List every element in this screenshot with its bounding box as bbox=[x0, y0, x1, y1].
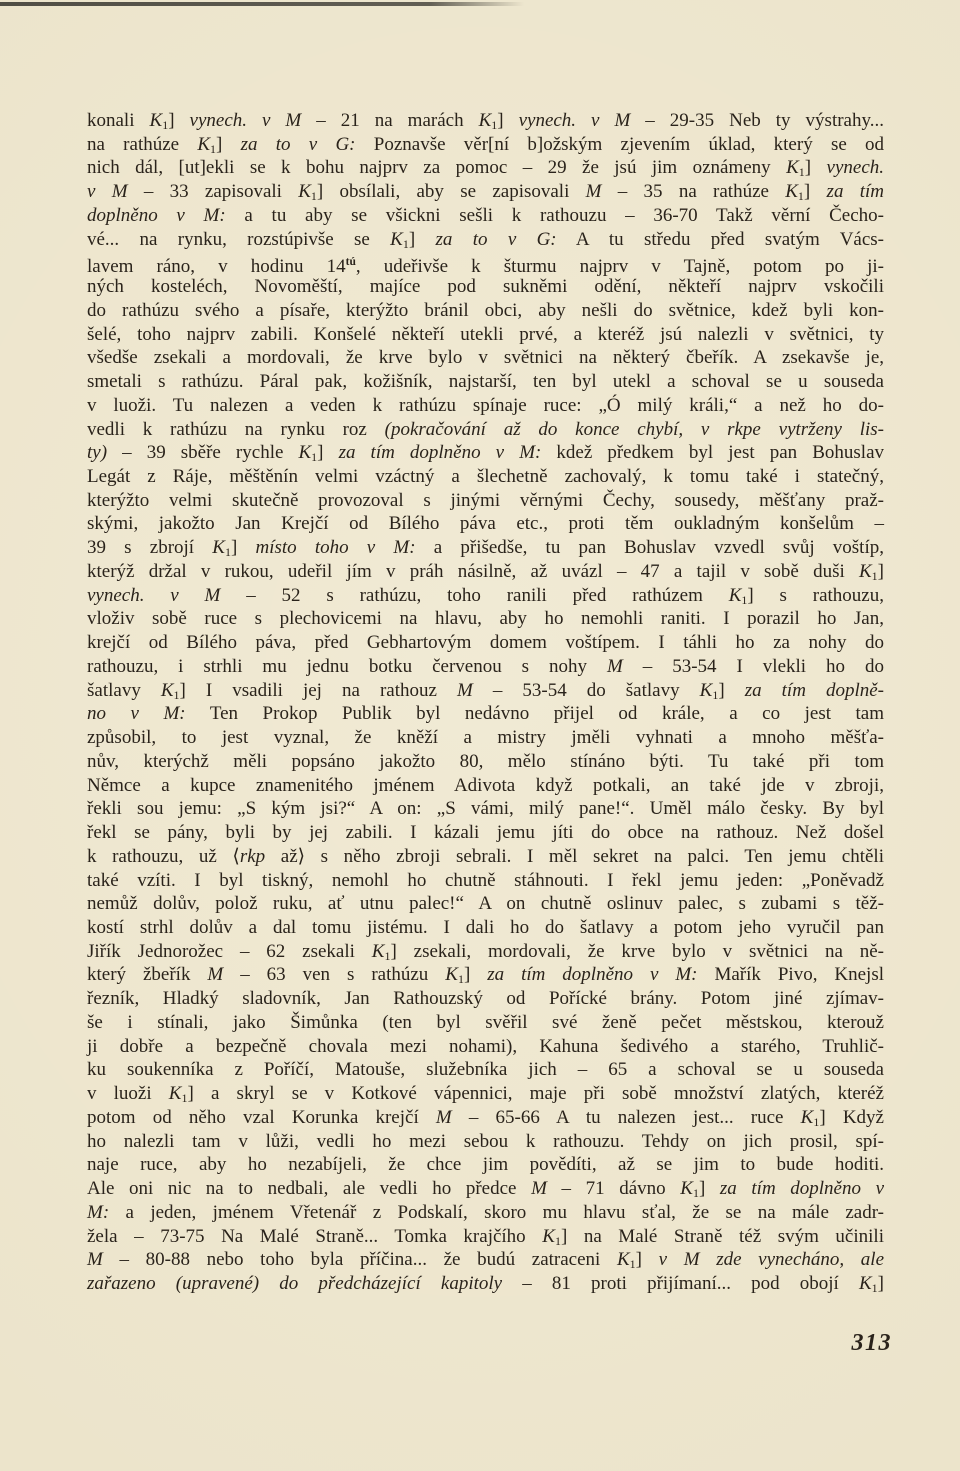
italic-segment: K bbox=[786, 157, 799, 178]
text-segment: ných kosteléch, Novoměští, majíce pod su… bbox=[87, 276, 884, 297]
italic-segment: v M zde vynecháno, ale bbox=[659, 1249, 884, 1270]
text-segment: naje ruce, aby ho nezabíjeli, že chce ji… bbox=[87, 1154, 884, 1175]
text-line: Legát z Ráje, měštěnín velmi vzáctný a š… bbox=[87, 465, 884, 489]
italic-segment: za to v G: bbox=[436, 229, 557, 250]
italic-segment: K bbox=[161, 680, 174, 701]
text-segment: ] na Malé Straně též svým učinili bbox=[561, 1226, 884, 1247]
text-line: M – 80-88 nebo toho byla příčina... že b… bbox=[87, 1248, 884, 1272]
text-segment: kterýž držal v rukou, udeřil jím v práh … bbox=[87, 561, 859, 582]
text-segment: ] bbox=[464, 964, 487, 985]
text-segment: 39 s zbrojí bbox=[87, 537, 212, 558]
text-line: řekli sou jemu: „S kým jsi?“ A on: „S vá… bbox=[87, 797, 884, 821]
italic-segment: za tím doplněno v M: bbox=[487, 964, 697, 985]
text-segment: ] bbox=[409, 229, 436, 250]
text-line: vynech. v M – 52 s rathúzu, toho ranili … bbox=[87, 584, 884, 608]
text-segment: ] bbox=[168, 110, 189, 131]
text-line: ných kosteléch, Novoměští, majíce pod su… bbox=[87, 275, 884, 299]
text-line: konali K1] vynech. v M – 21 na marách K1… bbox=[87, 109, 884, 133]
text-line: M: a jeden, jménem Vřetenář z Podskalí, … bbox=[87, 1201, 884, 1225]
text-segment: ] a skryl se v Kotkové vápennici, maje p… bbox=[187, 1083, 884, 1104]
text-segment: řekl se pány, byli by jej zabili. I káza… bbox=[87, 822, 884, 843]
text-line: na rathúze K1] za to v G: Poznavše věr[n… bbox=[87, 133, 884, 157]
text-line: Němce a kupce znamenitého jménem Adivota… bbox=[87, 774, 884, 798]
text-segment: v luoži bbox=[87, 1083, 169, 1104]
text-segment: do rathúzu svého a písaře, kterýžto brán… bbox=[87, 300, 884, 321]
text-segment: kterýžto velmi skutečně provozoval s jin… bbox=[87, 490, 884, 511]
text-segment: Poznavše věr[ní b]ožským zjevením úklad,… bbox=[356, 134, 885, 155]
text-line: který žbeřík M – 63 ven s rathúzu K1] za… bbox=[87, 963, 884, 987]
text-line: skými, jakožto Jan Krejčí od Bílého páva… bbox=[87, 512, 884, 536]
italic-segment: v M bbox=[87, 181, 128, 202]
text-line: do rathúzu svého a písaře, kterýžto brán… bbox=[87, 299, 884, 323]
text-segment: nův, kterýchž měli popsáno jakožto 80, m… bbox=[87, 751, 884, 772]
text-segment: a tu aby se všickni sešli k rathouzu – 3… bbox=[226, 205, 884, 226]
text-segment: vedli k rathúzu na rynku roz bbox=[87, 419, 385, 440]
text-line: také vzíti. I byl tiskný, nemohl ho chut… bbox=[87, 869, 884, 893]
text-line: no v M: Ten Prokop Publik byl nedávno př… bbox=[87, 702, 884, 726]
text-segment: A tu středu před svatým Vács- bbox=[557, 229, 884, 250]
italic-segment: K bbox=[542, 1226, 555, 1247]
italic-segment: K bbox=[298, 181, 311, 202]
text-segment: potom od něho vzal Korunka krejčí bbox=[87, 1107, 436, 1128]
text-segment: še i stínali, jako Šimůnka (ten byl svěř… bbox=[87, 1012, 884, 1033]
text-segment: ] Když bbox=[819, 1107, 884, 1128]
text-segment: ] bbox=[878, 1273, 884, 1294]
text-segment: – 39 sběře rychle bbox=[107, 442, 298, 463]
text-segment: kdež předkem byl jest pan Bohuslav bbox=[541, 442, 884, 463]
text-line: smetali s rathúzu. Páral pak, kožišník, … bbox=[87, 370, 884, 394]
italic-segment: doplněno v M: bbox=[87, 205, 226, 226]
text-segment: ] bbox=[317, 442, 338, 463]
text-segment: krejčí od Bílého páva, před Gebhartovým … bbox=[87, 632, 884, 653]
text-segment: tú bbox=[346, 256, 356, 268]
text-segment: žela – 73-75 Na Malé Straně... Tomka kra… bbox=[87, 1226, 542, 1247]
text-line: potom od něho vzal Korunka krejčí M – 65… bbox=[87, 1106, 884, 1130]
text-segment: nemůž dolův, polož ruku, ať utnu palec!“… bbox=[87, 893, 884, 914]
italic-segment: K bbox=[212, 537, 225, 558]
text-segment: vé... na rynku, rozstúpivše se bbox=[87, 229, 390, 250]
text-segment: ] zsekali, mordovali, že krve bylo v svě… bbox=[390, 941, 884, 962]
text-segment: – 53-54 I vlekli ho do bbox=[623, 656, 884, 677]
text-segment: smetali s rathúzu. Páral pak, kožišník, … bbox=[87, 371, 884, 392]
italic-segment: místo toho v M: bbox=[255, 537, 415, 558]
text-line: naje ruce, aby ho nezabíjeli, že chce ji… bbox=[87, 1153, 884, 1177]
text-line: kterýžto velmi skutečně provozoval s jin… bbox=[87, 489, 884, 513]
text-segment: Ten Prokop Publik byl nedávno přijel od … bbox=[186, 703, 884, 724]
text-segment: ] bbox=[804, 181, 827, 202]
text-line: kterýž držal v rukou, udeřil jím v práh … bbox=[87, 560, 884, 584]
italic-segment: M bbox=[607, 656, 623, 677]
text-segment: a přišedše, tu pan Bohuslav vzvedl svůj … bbox=[416, 537, 884, 558]
italic-segment: K bbox=[150, 110, 163, 131]
apparatus-text: konali K1] vynech. v M – 21 na marách K1… bbox=[87, 109, 884, 1296]
text-segment: ] bbox=[216, 134, 241, 155]
italic-segment: K bbox=[801, 1107, 814, 1128]
italic-segment: M bbox=[586, 181, 602, 202]
text-segment: – 33 zapisovali bbox=[128, 181, 299, 202]
italic-segment: K bbox=[372, 941, 385, 962]
text-segment: Legát z Ráje, měštěnín velmi vzáctný a š… bbox=[87, 466, 884, 487]
italic-segment: K bbox=[680, 1178, 693, 1199]
text-segment: Ale oni nic na to nedbali, ale vedli ho … bbox=[87, 1178, 531, 1199]
page: { "colors": { "paper": "#ece4cb", "ink":… bbox=[0, 0, 960, 1471]
text-line: vé... na rynku, rozstúpivše se K1] za to… bbox=[87, 228, 884, 252]
text-segment: Mařík Pivo, Knejsl bbox=[698, 964, 885, 985]
italic-segment: rkp bbox=[240, 846, 265, 867]
text-line: šatlavy K1] I vsadili jej na rathouz M –… bbox=[87, 679, 884, 703]
text-line: ji dobře a bezpečně chovala mezi nohami)… bbox=[87, 1035, 884, 1059]
text-segment: ho nalezli tam v lůži, vedli ho mezi seb… bbox=[87, 1131, 884, 1152]
text-segment: ji dobře a bezpečně chovala mezi nohami)… bbox=[87, 1036, 884, 1057]
italic-segment: K bbox=[169, 1083, 182, 1104]
text-line: vedli k rathúzu na rynku roz (pokračován… bbox=[87, 418, 884, 442]
text-line: ku soukenníka z Poříčí, Matouše, služebn… bbox=[87, 1058, 884, 1082]
text-line: všedše zsekali a mordovali, že krve bylo… bbox=[87, 346, 884, 370]
text-line: žela – 73-75 Na Malé Straně... Tomka kra… bbox=[87, 1225, 884, 1249]
text-segment: ] bbox=[805, 157, 827, 178]
italic-segment: vynech. v M bbox=[190, 110, 302, 131]
text-line: 39 s zbrojí K1] místo toho v M: a přišed… bbox=[87, 536, 884, 560]
text-segment: ] s rathouzu, bbox=[747, 585, 884, 606]
text-segment: šatlavy bbox=[87, 680, 161, 701]
text-segment: řekli sou jemu: „S kým jsi?“ A on: „S vá… bbox=[87, 798, 884, 819]
text-segment: – 80-88 nebo toho byla příčina... že bud… bbox=[103, 1249, 617, 1270]
text-segment: Němce a kupce znamenitého jménem Adivota… bbox=[87, 775, 884, 796]
italic-segment: za tím bbox=[827, 181, 884, 202]
text-segment: na rathúze bbox=[87, 134, 197, 155]
italic-segment: K bbox=[617, 1249, 630, 1270]
italic-segment: zařazeno (upravené) do předcházející kap… bbox=[87, 1273, 502, 1294]
italic-segment: M bbox=[436, 1107, 452, 1128]
text-line: doplněno v M: a tu aby se všickni sešli … bbox=[87, 204, 884, 228]
text-segment: – 71 dávno bbox=[547, 1178, 680, 1199]
text-line: Jiřík Jednorožec – 62 zsekali K1] zsekal… bbox=[87, 940, 884, 964]
text-line: v luoži K1] a skryl se v Kotkové vápenni… bbox=[87, 1082, 884, 1106]
text-segment: – 21 na marách bbox=[301, 110, 478, 131]
italic-segment: M bbox=[457, 680, 473, 701]
text-segment: ] obsílali, aby se zapisovali bbox=[317, 181, 586, 202]
text-segment: a jeden, jménem Vřetenář z Podskalí, sko… bbox=[109, 1202, 884, 1223]
text-segment: také vzíti. I byl tiskný, nemohl ho chut… bbox=[87, 870, 884, 891]
italic-segment: za tím doplněno v bbox=[720, 1178, 884, 1199]
italic-segment: M: bbox=[87, 1202, 109, 1223]
text-segment: až⟩ s něho zbroji sebrali. I měl sekret … bbox=[265, 846, 884, 867]
text-segment: – 52 s rathúzu, toho ranili před rathúze… bbox=[220, 585, 728, 606]
text-line: v M – 33 zapisovali K1] obsílali, aby se… bbox=[87, 180, 884, 204]
italic-segment: K bbox=[298, 442, 311, 463]
text-segment: skými, jakožto Jan Krejčí od Bílého páva… bbox=[87, 513, 884, 534]
italic-segment: K bbox=[390, 229, 403, 250]
italic-segment: vynech. v M bbox=[87, 585, 220, 606]
text-segment: konali bbox=[87, 110, 150, 131]
italic-segment: za to v G: bbox=[241, 134, 356, 155]
text-segment: způsobil, to jest vyznal, že kněží a mis… bbox=[87, 727, 884, 748]
italic-segment: (pokračování až do konce chybí, v rkpe v… bbox=[385, 419, 884, 440]
italic-segment: M bbox=[87, 1249, 103, 1270]
italic-segment: K bbox=[445, 964, 458, 985]
text-segment: k rathouzu, už ⟨ bbox=[87, 846, 240, 867]
text-segment: ku soukenníka z Poříčí, Matouše, služebn… bbox=[87, 1059, 884, 1080]
text-segment: všedše zsekali a mordovali, že krve bylo… bbox=[87, 347, 884, 368]
italic-segment: za tím doplně- bbox=[745, 680, 884, 701]
text-segment: který žbeřík bbox=[87, 964, 207, 985]
page-number: 313 bbox=[852, 1330, 893, 1357]
text-line: způsobil, to jest vyznal, že kněží a mis… bbox=[87, 726, 884, 750]
italic-segment: ty) bbox=[87, 442, 107, 463]
text-segment: Jiřík Jednorožec – 62 zsekali bbox=[87, 941, 372, 962]
italic-segment: M bbox=[531, 1178, 547, 1199]
text-line: Ale oni nic na to nedbali, ale vedli ho … bbox=[87, 1177, 884, 1201]
text-line: krejčí od Bílého páva, před Gebhartovým … bbox=[87, 631, 884, 655]
text-segment: nich dál, [ut]ekli se k bohu najprv za p… bbox=[87, 157, 786, 178]
italic-segment: K bbox=[197, 134, 210, 155]
italic-segment: no v M: bbox=[87, 703, 186, 724]
text-segment: ] bbox=[497, 110, 518, 131]
text-segment: – 35 na rathúze bbox=[601, 181, 785, 202]
text-segment: ] bbox=[878, 561, 884, 582]
text-line: vloživ sobě ruce s plechovicemi na hlavu… bbox=[87, 607, 884, 631]
italic-segment: M bbox=[207, 964, 223, 985]
text-line: ty) – 39 sběře rychle K1] za tím doplněn… bbox=[87, 441, 884, 465]
text-segment: ] bbox=[699, 1178, 720, 1199]
text-segment: ] I vsadili jej na rathouz bbox=[180, 680, 457, 701]
text-segment: – 81 proti přijímaní... pod obojí bbox=[502, 1273, 859, 1294]
text-line: nemůž dolův, polož ruku, ať utnu palec!“… bbox=[87, 892, 884, 916]
italic-segment: K bbox=[479, 110, 492, 131]
text-segment: ] bbox=[231, 537, 256, 558]
text-line: řekl se pány, byli by jej zabili. I káza… bbox=[87, 821, 884, 845]
text-line: k rathouzu, už ⟨rkp až⟩ s něho zbroji se… bbox=[87, 845, 884, 869]
text-segment: rathouzu, i strhli mu jednu botku červen… bbox=[87, 656, 607, 677]
text-segment: ] bbox=[718, 680, 744, 701]
text-line: lavem ráno, v hodinu 14tú, udeřivše k št… bbox=[87, 251, 884, 275]
scan-edge-artifact bbox=[0, 2, 524, 6]
text-line: zařazeno (upravené) do předcházející kap… bbox=[87, 1272, 884, 1296]
text-line: nich dál, [ut]ekli se k bohu najprv za p… bbox=[87, 156, 884, 180]
text-segment: – 65-66 A tu nalezen jest... ruce bbox=[452, 1107, 801, 1128]
text-line: kostí strhl dolův a dal tomu jistému. I … bbox=[87, 916, 884, 940]
text-segment: v luoži. Tu nalezen a veden k rathúzu sp… bbox=[87, 395, 884, 416]
italic-segment: K bbox=[859, 1273, 872, 1294]
italic-segment: za tím doplněno v M: bbox=[339, 442, 542, 463]
text-segment: – 29-35 Neb ty výstrahy... bbox=[630, 110, 884, 131]
italic-segment: K bbox=[729, 585, 742, 606]
italic-segment: K bbox=[785, 181, 798, 202]
italic-segment: K bbox=[859, 561, 872, 582]
text-segment: kostí strhl dolův a dal tomu jistému. I … bbox=[87, 917, 884, 938]
italic-segment: vynech. v M bbox=[519, 110, 631, 131]
text-line: rathouzu, i strhli mu jednu botku červen… bbox=[87, 655, 884, 679]
text-line: še i stínali, jako Šimůnka (ten byl svěř… bbox=[87, 1011, 884, 1035]
text-line: nův, kterýchž měli popsáno jakožto 80, m… bbox=[87, 750, 884, 774]
text-segment: řezník, Hladký sladovník, Jan Rathouzský… bbox=[87, 988, 884, 1009]
text-segment: – 53-54 do šatlavy bbox=[473, 680, 700, 701]
text-line: řezník, Hladký sladovník, Jan Rathouzský… bbox=[87, 987, 884, 1011]
text-line: šelé, toho najprv zabili. Konšelé někteř… bbox=[87, 323, 884, 347]
text-segment: vloživ sobě ruce s plechovicemi na hlavu… bbox=[87, 608, 884, 629]
text-segment: – 63 ven s rathúzu bbox=[223, 964, 445, 985]
text-segment: šelé, toho najprv zabili. Konšelé někteř… bbox=[87, 324, 884, 345]
italic-segment: vynech. bbox=[827, 157, 884, 178]
text-line: v luoži. Tu nalezen a veden k rathúzu sp… bbox=[87, 394, 884, 418]
text-line: ho nalezli tam v lůži, vedli ho mezi seb… bbox=[87, 1130, 884, 1154]
italic-segment: K bbox=[700, 680, 713, 701]
text-segment: ] bbox=[636, 1249, 659, 1270]
